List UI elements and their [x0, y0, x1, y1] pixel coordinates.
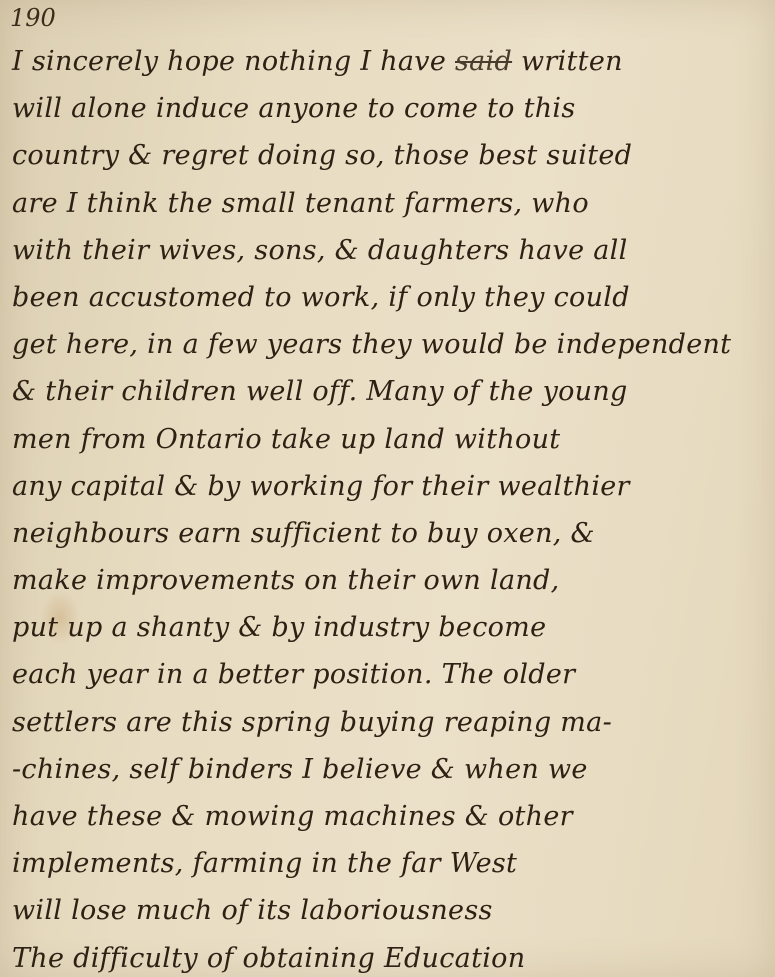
text-line: implements, farming in the far West — [12, 840, 767, 887]
handwritten-text: I sincerely hope nothing I have said wri… — [12, 38, 767, 977]
text-line: settlers are this spring buying reaping … — [12, 699, 767, 746]
text-line: are I think the small tenant farmers, wh… — [12, 180, 767, 227]
text-line: put up a shanty & by industry become — [12, 604, 767, 651]
text-line: get here, in a few years they would be i… — [12, 321, 767, 368]
text-line: neighbours earn sufficient to buy oxen, … — [12, 510, 767, 557]
text-line: each year in a better position. The olde… — [12, 651, 767, 698]
text-line: I sincerely hope nothing I have said wri… — [12, 38, 767, 85]
text-line: have these & mowing machines & other — [12, 793, 767, 840]
text-line: & their children well off. Many of the y… — [12, 368, 767, 415]
line-text: written — [512, 46, 623, 77]
text-line: The difficulty of obtaining Education — [12, 935, 767, 977]
text-line: -chines, self binders I believe & when w… — [12, 746, 767, 793]
text-line: any capital & by working for their wealt… — [12, 463, 767, 510]
struck-word: said — [455, 46, 512, 77]
line-text: I sincerely hope nothing I have — [12, 46, 455, 77]
text-line: country & regret doing so, those best su… — [12, 132, 767, 179]
text-line: make improvements on their own land, — [12, 557, 767, 604]
page-number: 190 — [10, 4, 56, 32]
text-line: men from Ontario take up land without — [12, 416, 767, 463]
manuscript-page: 190 I sincerely hope nothing I have said… — [0, 0, 775, 977]
text-line: been accustomed to work, if only they co… — [12, 274, 767, 321]
text-line: with their wives, sons, & daughters have… — [12, 227, 767, 274]
text-line: will lose much of its laboriousness — [12, 887, 767, 934]
text-line: will alone induce anyone to come to this — [12, 85, 767, 132]
